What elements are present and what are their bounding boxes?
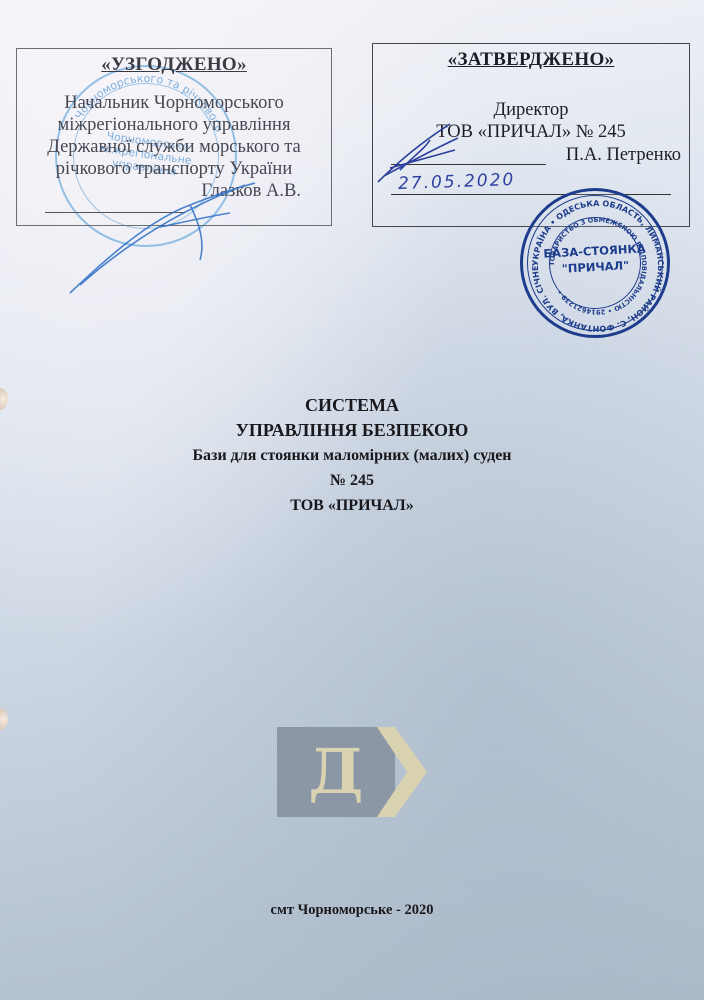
approval-signer: Глазков А.В. bbox=[17, 180, 331, 202]
punch-hole bbox=[0, 708, 8, 730]
signature-line bbox=[45, 212, 185, 213]
approval-position: Начальник Чорноморського міжрегіональног… bbox=[17, 92, 331, 202]
watermark-logo: Д bbox=[277, 727, 427, 817]
title-line-3: Бази для стоянки маломірних (малих) суде… bbox=[0, 443, 704, 468]
title-line-4: № 245 bbox=[0, 468, 704, 493]
confirmation-role: Директор bbox=[373, 99, 689, 121]
place-and-year: смт Чорноморське - 2020 bbox=[0, 902, 704, 919]
confirmation-heading: «ЗАТВЕРДЖЕНО» bbox=[373, 49, 689, 71]
title-line-2: УПРАВЛІННЯ БЕЗПЕКОЮ bbox=[0, 418, 704, 443]
handwritten-date: 27.05.2020 bbox=[398, 170, 516, 194]
title-line-5: ТОВ «ПРИЧАЛ» bbox=[0, 493, 704, 518]
title-line-1: СИСТЕМА bbox=[0, 393, 704, 418]
chevron-right-icon bbox=[377, 727, 427, 817]
confirmation-organization: ТОВ «ПРИЧАЛ» № 245 bbox=[373, 121, 689, 143]
approval-block: «УЗГОДЖЕНО» Начальник Чорноморського між… bbox=[16, 48, 332, 226]
document-title: СИСТЕМА УПРАВЛІННЯ БЕЗПЕКОЮ Бази для сто… bbox=[0, 393, 704, 518]
approval-heading: «УЗГОДЖЕНО» bbox=[17, 54, 331, 76]
signature-line bbox=[391, 164, 546, 165]
company-stamp: УКРАЇНА • ОДЕСЬКА ОБЛАСТЬ, ЛИМАНСЬКИЙ РА… bbox=[520, 188, 670, 338]
